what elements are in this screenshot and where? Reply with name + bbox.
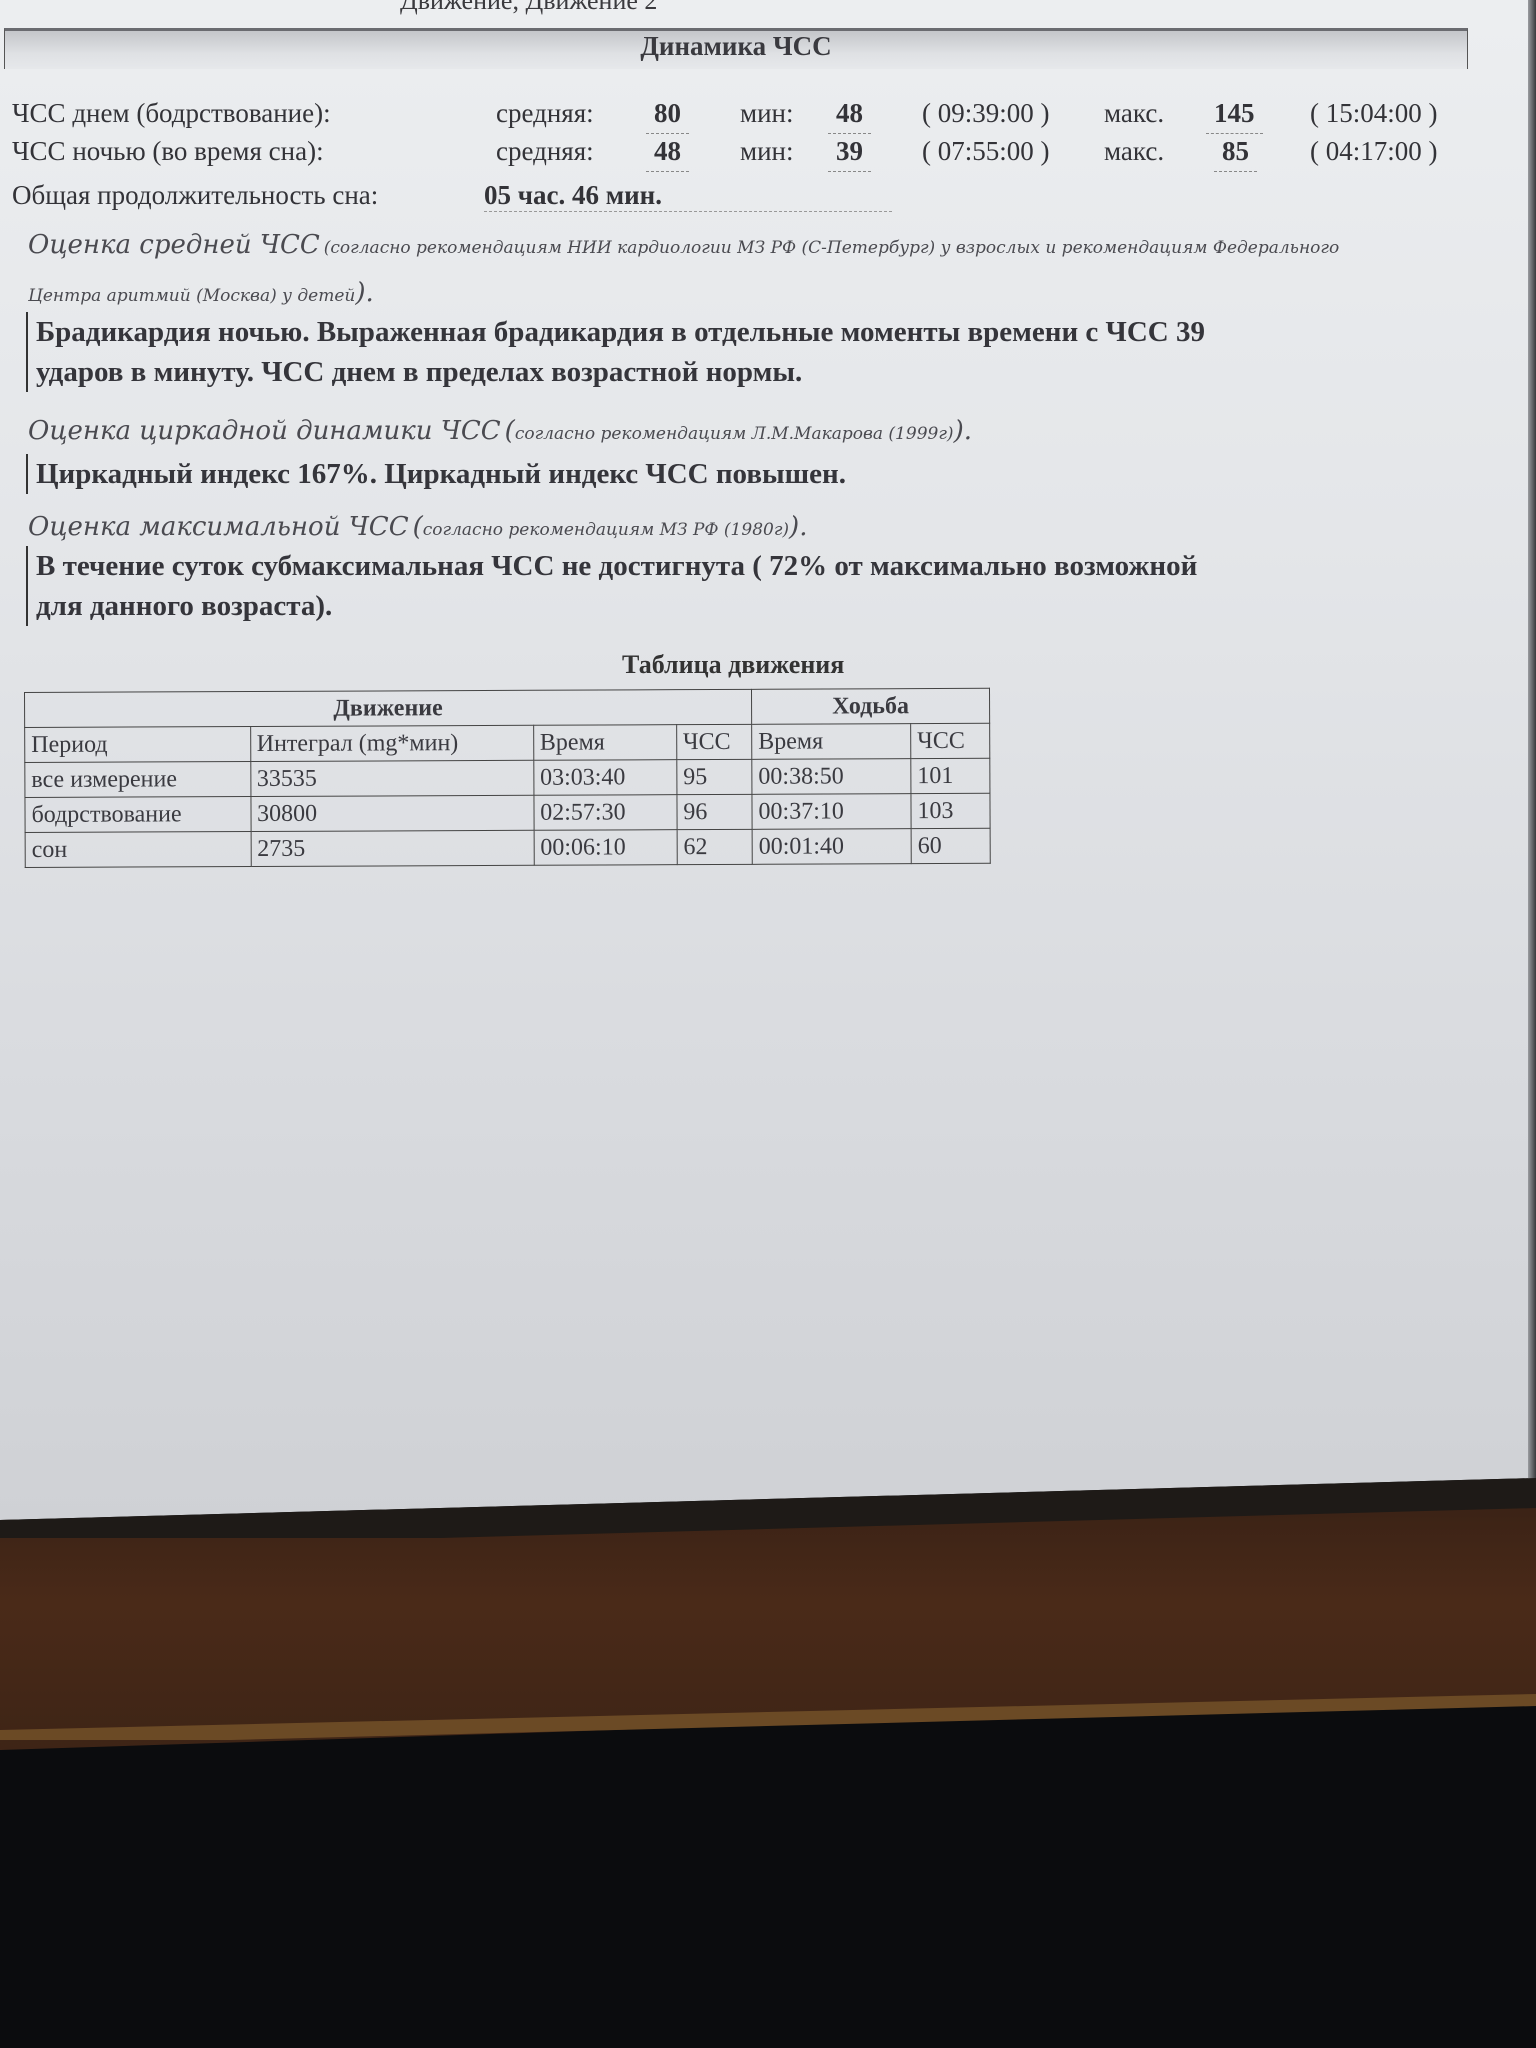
assessment-source-end: ). xyxy=(355,278,373,308)
table-cell: 00:06:10 xyxy=(534,830,677,866)
section-title-band: Динамика ЧСС xyxy=(4,28,1468,69)
conclusion-line: В течение суток субмаксимальная ЧСС не д… xyxy=(36,546,1197,586)
assessment-avg-hr-conclusion: Брадикардия ночью. Выраженная брадикарди… xyxy=(26,312,1205,392)
assessment-avg-hr-source-cont: Центра аритмий (Москва) у детей). xyxy=(28,278,374,308)
sleep-duration-row: Общая продолжительность сна: 05 час. 46 … xyxy=(12,180,1012,216)
paren-open: ( xyxy=(505,416,515,446)
table-cell: 02:57:30 xyxy=(534,795,677,831)
paren-close: ). xyxy=(789,512,807,542)
avg-label: средняя: xyxy=(496,136,594,167)
col-header: Период xyxy=(25,727,251,763)
col-header: ЧСС xyxy=(676,724,751,759)
table-cell: все измерение xyxy=(25,762,251,798)
hr-day-label: ЧСС днем (бодрствование): xyxy=(12,98,331,129)
table-cell: 30800 xyxy=(250,795,533,831)
sleep-duration-value: 05 час. 46 мин. xyxy=(484,180,892,212)
max-label: макс. xyxy=(1104,98,1164,129)
col-header: Время xyxy=(752,724,911,760)
group-header-movement: Движение xyxy=(25,689,752,727)
min-label: мин: xyxy=(740,136,794,167)
movement-table: Движение Ходьба Период Интеграл (mg*мин)… xyxy=(24,688,991,868)
sleep-duration-label: Общая продолжительность сна: xyxy=(12,180,378,211)
night-max-time: ( 04:17:00 ) xyxy=(1310,136,1438,167)
hr-night-row: ЧСС ночью (во время сна): средняя: 48 ми… xyxy=(12,136,1512,172)
table-cell: бодрствование xyxy=(25,797,251,833)
table-cell: 00:38:50 xyxy=(752,759,911,795)
table-cell: сон xyxy=(25,832,251,868)
conclusion-line: ударов в минуту. ЧСС днем в пределах воз… xyxy=(36,352,1205,392)
assessment-title: Оценка средней ЧСС xyxy=(28,230,320,260)
assessment-source: согласно рекомендациям Л.М.Макарова (199… xyxy=(515,424,954,444)
assessment-max-hr-heading: Оценка максимальной ЧСС (согласно рекоме… xyxy=(28,512,807,542)
assessment-title: Оценка циркадной динамики ЧСС xyxy=(28,416,501,446)
conclusion-line: Циркадный индекс 167%. Циркадный индекс … xyxy=(36,454,846,494)
assessment-circadian-heading: Оценка циркадной динамики ЧСС (согласно … xyxy=(28,416,972,446)
conclusion-line: Брадикардия ночью. Выраженная брадикарди… xyxy=(36,312,1205,352)
table-cell: 2735 xyxy=(251,830,534,866)
table-cell: 00:37:10 xyxy=(752,794,911,830)
group-header-walking: Ходьба xyxy=(751,688,989,724)
table-cell: 33535 xyxy=(250,760,533,796)
day-avg-value: 80 xyxy=(646,98,689,134)
table-row: все измерение3353503:03:409500:38:50101 xyxy=(25,758,990,797)
table-cell: 96 xyxy=(677,794,752,829)
conclusion-line: для данного возраста). xyxy=(36,586,1197,626)
cut-off-heading: Движение, Движение 2 xyxy=(400,0,657,16)
min-label: мин: xyxy=(740,98,794,129)
col-header: Интеграл (mg*мин) xyxy=(250,725,533,761)
hr-day-row: ЧСС днем (бодрствование): средняя: 80 ми… xyxy=(12,98,1512,134)
paper-edge xyxy=(1528,0,1536,1480)
night-min-time: ( 07:55:00 ) xyxy=(922,136,1050,167)
table-cell: 103 xyxy=(911,793,990,828)
avg-label: средняя: xyxy=(496,98,594,129)
table-cell: 60 xyxy=(911,828,990,863)
table-cell: 62 xyxy=(677,829,752,864)
col-header: ЧСС xyxy=(911,723,990,758)
table-cell: 03:03:40 xyxy=(533,760,676,796)
max-label: макс. xyxy=(1104,136,1164,167)
table-row: сон273500:06:106200:01:4060 xyxy=(25,828,990,867)
assessment-source: согласно рекомендациям МЗ РФ (1980г) xyxy=(423,520,789,540)
table-row: бодрствование3080002:57:309600:37:10103 xyxy=(25,793,990,832)
movement-table-title: Таблица движения xyxy=(622,650,844,680)
assessment-source: (согласно рекомендациям НИИ кардиологии … xyxy=(324,238,1339,258)
night-max-value: 85 xyxy=(1214,136,1257,172)
section-title: Динамика ЧСС xyxy=(5,31,1467,62)
assessment-avg-hr-heading: Оценка средней ЧСС (согласно рекомендаци… xyxy=(28,230,1339,260)
assessment-circadian-conclusion: Циркадный индекс 167%. Циркадный индекс … xyxy=(26,454,846,494)
assessment-max-hr-conclusion: В течение суток субмаксимальная ЧСС не д… xyxy=(26,546,1197,626)
paren-open: ( xyxy=(413,512,423,542)
night-min-value: 39 xyxy=(828,136,871,172)
table-cell: 00:01:40 xyxy=(752,829,911,865)
hr-night-label: ЧСС ночью (во время сна): xyxy=(12,136,324,167)
table-cell: 101 xyxy=(911,758,990,793)
day-min-time: ( 09:39:00 ) xyxy=(922,98,1050,129)
assessment-source-cont: Центра аритмий (Москва) у детей xyxy=(28,286,355,306)
assessment-title: Оценка максимальной ЧСС xyxy=(28,512,409,542)
day-max-value: 145 xyxy=(1206,98,1263,134)
table-cell: 95 xyxy=(677,759,752,794)
paren-close: ). xyxy=(954,416,972,446)
day-min-value: 48 xyxy=(828,98,871,134)
day-max-time: ( 15:04:00 ) xyxy=(1310,98,1438,129)
col-header: Время xyxy=(533,725,676,761)
night-avg-value: 48 xyxy=(646,136,689,172)
